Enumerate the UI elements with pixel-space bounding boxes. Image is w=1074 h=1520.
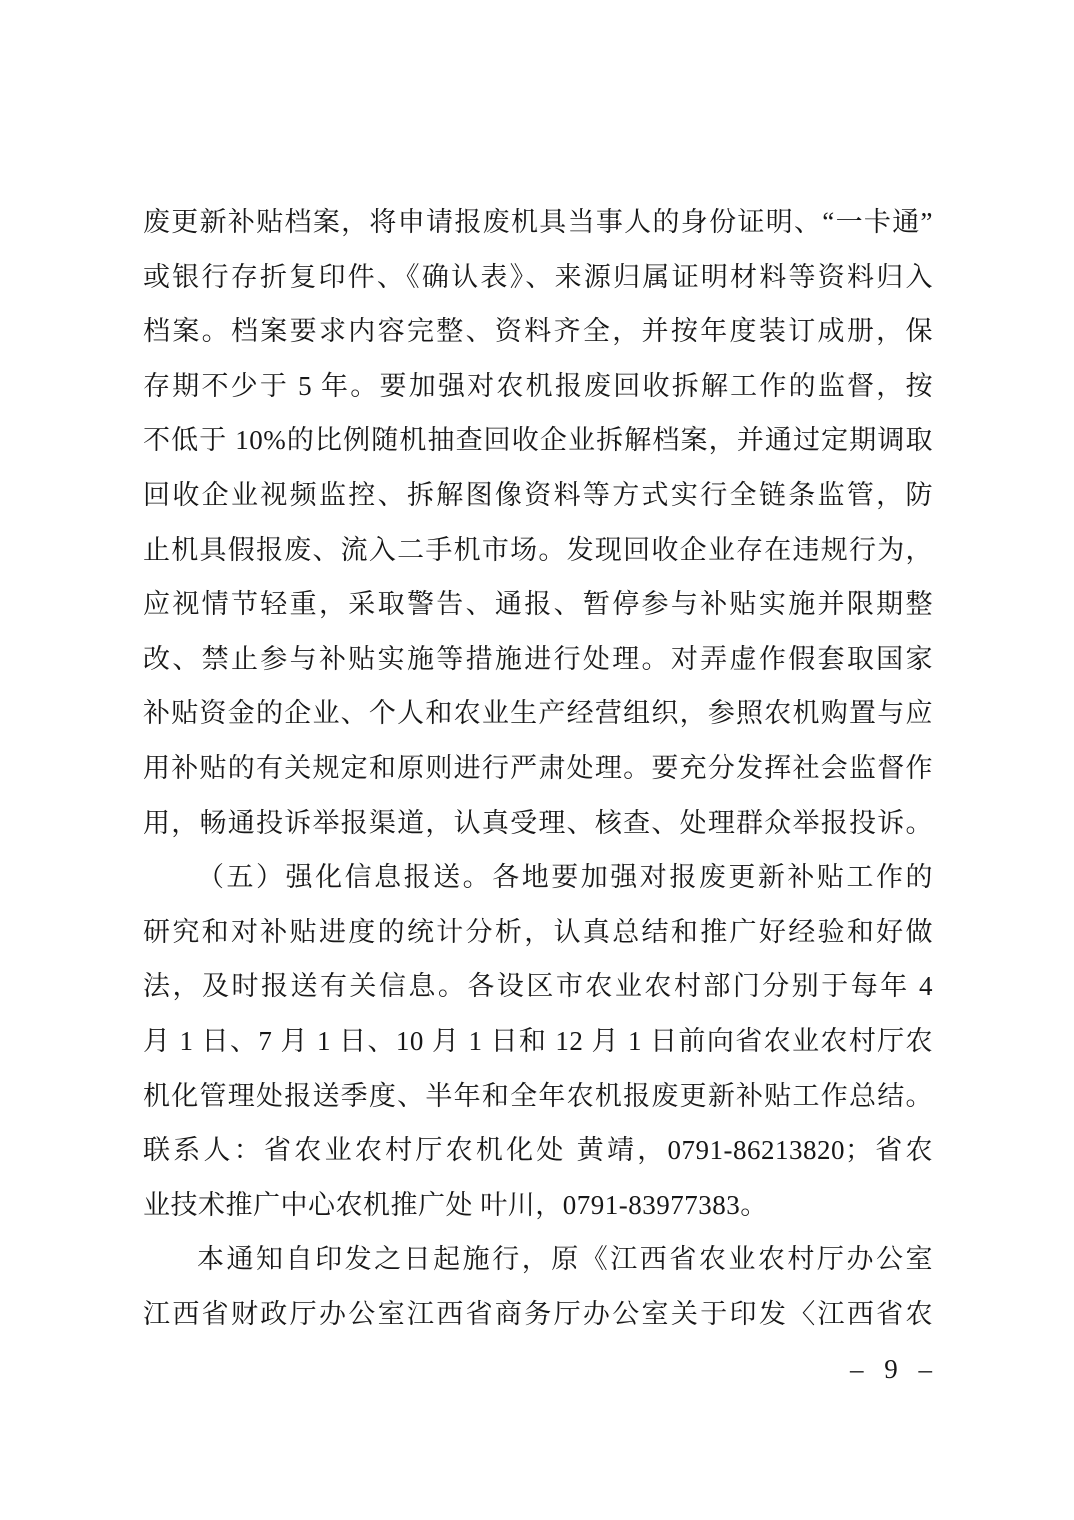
- text-line: 补贴资金的企业、个人和农业生产经营组织，参照农机购置与应: [143, 686, 933, 741]
- text-line: 月 1 日、7 月 1 日、10 月 1 日和 12 月 1 日前向省农业农村厅…: [143, 1014, 933, 1069]
- text-line: 业技术推广中心农机推广处 叶川，0791-83977383。: [143, 1178, 933, 1233]
- text-line: 机化管理处报送季度、半年和全年农机报废更新补贴工作总结。: [143, 1069, 933, 1124]
- text-line: 研究和对补贴进度的统计分析，认真总结和推广好经验和好做: [143, 905, 933, 960]
- text-line: 改、禁止参与补贴实施等措施进行处理。对弄虚作假套取国家: [143, 632, 933, 687]
- text-line: 用补贴的有关规定和原则进行严肃处理。要充分发挥社会监督作: [143, 741, 933, 796]
- text-line: 回收企业视频监控、拆解图像资料等方式实行全链条监管，防: [143, 468, 933, 523]
- page-number: – 9 –: [850, 1352, 934, 1386]
- text-line: 存期不少于 5 年。要加强对农机报废回收拆解工作的监督，按: [143, 359, 933, 414]
- text-line: 法，及时报送有关信息。各设区市农业农村部门分别于每年 4: [143, 959, 933, 1014]
- text-line: 或银行存折复印件、《确认表》、来源归属证明材料等资料归入: [143, 250, 933, 305]
- text-line: 联系人：省农业农村厅农机化处 黄靖，0791-86213820；省农: [143, 1123, 933, 1178]
- text-line: 应视情节轻重，采取警告、通报、暂停参与补贴实施并限期整: [143, 577, 933, 632]
- document-body: 废更新补贴档案，将申请报废机具当事人的身份证明、“一卡通”或银行存折复印件、《确…: [143, 195, 933, 1341]
- text-line: （五）强化信息报送。各地要加强对报废更新补贴工作的: [143, 850, 933, 905]
- document-page: 废更新补贴档案，将申请报废机具当事人的身份证明、“一卡通”或银行存折复印件、《确…: [0, 0, 1074, 1520]
- text-line: 用，畅通投诉举报渠道，认真受理、核查、处理群众举报投诉。: [143, 796, 933, 851]
- text-line: 江西省财政厅办公室江西省商务厅办公室关于印发〈江西省农: [143, 1287, 933, 1342]
- text-line: 止机具假报废、流入二手机市场。发现回收企业存在违规行为，: [143, 523, 933, 578]
- text-line: 本通知自印发之日起施行，原《江西省农业农村厅办公室: [143, 1232, 933, 1287]
- text-line: 不低于 10%的比例随机抽查回收企业拆解档案，并通过定期调取: [143, 413, 933, 468]
- text-line: 废更新补贴档案，将申请报废机具当事人的身份证明、“一卡通”: [143, 195, 933, 250]
- text-line: 档案。档案要求内容完整、资料齐全，并按年度装订成册，保: [143, 304, 933, 359]
